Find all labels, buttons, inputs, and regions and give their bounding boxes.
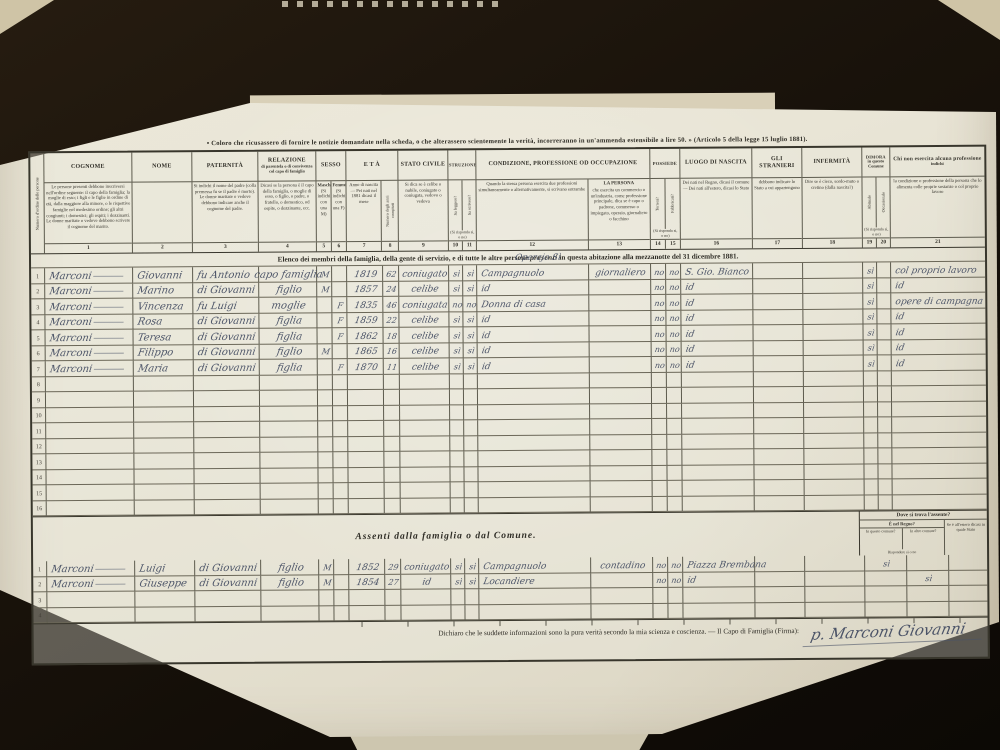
handwritten-entry: M [320, 284, 330, 296]
cell-relazione [260, 437, 318, 453]
cell-paternita: fu Luigi [193, 298, 259, 314]
cell-scrive [464, 389, 478, 405]
handwritten-entry: M [320, 269, 330, 281]
cell-stranieri [754, 340, 804, 356]
cell-q1 [865, 571, 907, 587]
cell-m [317, 297, 332, 313]
handwritten-entry: no [670, 575, 682, 587]
cell-anni [385, 590, 401, 606]
cell-q1 [865, 602, 907, 618]
handwritten-entry: 11 [386, 361, 398, 373]
col-header-numero: Numero d'ordine delle persone [30, 153, 45, 253]
cell-chi_non [893, 494, 987, 510]
cell-num: 2 [33, 577, 47, 593]
cell-condizione [478, 466, 590, 482]
cell-terreni [652, 434, 667, 450]
cell-f [333, 344, 348, 360]
cell-abituale [864, 448, 878, 464]
row-number: 7 [32, 364, 45, 376]
cell-condizione [478, 435, 590, 451]
cell-anni [384, 452, 400, 468]
cell-paternita [194, 375, 260, 391]
cell-fabbricati [667, 419, 682, 435]
handwritten-entry: 1852 [355, 561, 380, 573]
cell-f: F [333, 359, 348, 375]
cell-anni [384, 436, 400, 452]
cell-abituale [865, 479, 879, 495]
cell-cognome: Marconi [45, 283, 133, 299]
cell-occasionale [879, 495, 893, 511]
handwritten-entry: fu Luigi [196, 300, 237, 312]
cell-q2 [907, 555, 949, 571]
handwritten-entry: coniugato [401, 268, 448, 280]
cell-anni [385, 483, 401, 499]
cell-num: 2 [31, 284, 45, 300]
cell-f [334, 590, 349, 606]
cell-fabbricati: no [667, 357, 682, 373]
cell-fabbricati [667, 450, 682, 466]
cell-anno: 1852 [349, 559, 385, 575]
cell-stato [400, 436, 450, 452]
cell-paternita: di Giovanni [193, 282, 259, 298]
row-number: 5 [32, 333, 45, 345]
cell-chi_non [892, 417, 986, 433]
handwritten-entry: id [481, 330, 492, 342]
cell-nome: Giovanni [133, 267, 193, 283]
cell-condizione: id [477, 280, 589, 296]
cell-legge [450, 374, 464, 390]
handwritten-entry: sì [452, 283, 461, 295]
row-number: 13 [32, 457, 45, 469]
cell-infermita [805, 571, 865, 587]
cell-abituale: sì [863, 324, 877, 340]
handwritten-entry: fu Antonio [196, 269, 251, 281]
handwritten-entry: Marconi [49, 332, 125, 345]
photo-of-census-document: { "notice": "• Coloro che ricusassero di… [0, 0, 1000, 750]
cell-abituale [864, 417, 878, 433]
cell-cognome [46, 392, 134, 408]
cell-num: 7 [32, 361, 46, 377]
cell-relazione [260, 468, 318, 484]
handwritten-entry: F [337, 362, 345, 374]
col-header-chi-non-esercita: Chi non esercita alcuna professioneindic… [890, 147, 985, 248]
cell-infermita [804, 433, 864, 449]
cell-paternita [195, 591, 261, 607]
handwritten-entry: celibe [410, 330, 439, 342]
cell-abituale: sì [863, 309, 877, 325]
cell-luogo: S. Gio. Bianco [681, 263, 753, 279]
cell-legge [451, 482, 465, 498]
cell-stranieri [755, 602, 805, 618]
handwritten-entry: sì [453, 345, 462, 357]
cell-m [318, 437, 333, 453]
col-header-eta: E T À Anno di nascita — Pei nati nel 188… [346, 151, 399, 251]
handwritten-entry: Marconi [48, 317, 124, 330]
handwritten-entry: Vincenza [136, 301, 184, 313]
cell-num: 9 [32, 392, 46, 408]
handwritten-entry: no [451, 299, 463, 311]
handwritten-entry: moglie [271, 300, 307, 312]
handwritten-entry: Teresa [137, 332, 173, 344]
handwritten-entry: di Giovanni [198, 578, 258, 590]
cell-q2 [907, 601, 949, 617]
cell-legge [450, 420, 464, 436]
handwritten-entry: id [685, 344, 696, 356]
cell-stranieri [755, 495, 805, 511]
row-number: 1 [33, 564, 46, 576]
cell-stato [400, 389, 450, 405]
cell-cognome: Marconi [47, 561, 135, 577]
handwritten-entry: Locandiere [482, 576, 535, 588]
cell-scrive [464, 374, 478, 390]
cell-anni: 22 [383, 312, 399, 328]
col-header-relazione: RELAZIONEdi parentela o di convivenza co… [258, 151, 317, 251]
cell-num: 5 [32, 330, 46, 346]
cell-anni: 11 [384, 359, 400, 375]
cell-condizione: Donna di casa [477, 295, 589, 311]
cell-stato [400, 467, 450, 483]
handwritten-entry: no [654, 359, 666, 371]
cell-legge: sì [451, 574, 465, 590]
handwritten-entry: id [895, 358, 906, 370]
cell-anno [348, 421, 384, 437]
cell-nome: Marino [133, 283, 193, 299]
cell-scrive [465, 605, 479, 621]
cell-stranieri [754, 387, 804, 403]
cell-persona: giornaliero [589, 264, 651, 280]
cell-paternita [195, 606, 261, 622]
cell-anno [349, 498, 385, 514]
cell-cognome [47, 607, 135, 623]
cell-infermita [804, 418, 864, 434]
cell-f [334, 559, 349, 575]
handwritten-entry: giornaliero [594, 267, 646, 279]
handwritten-entry: no [670, 559, 682, 571]
cell-infermita [804, 356, 864, 372]
cell-condizione [478, 388, 590, 404]
row-number: 4 [31, 317, 44, 329]
col-header-luogo-nascita: LUOGO DI NASCITA Dei nati nel Regno, dic… [680, 148, 753, 249]
cell-legge: sì [449, 312, 463, 328]
cell-persona [591, 588, 653, 604]
cell-luogo: Piazza Brembana [683, 556, 755, 572]
cell-luogo: id [681, 310, 753, 326]
cell-chi_non [893, 479, 987, 495]
cell-infermita [805, 556, 865, 572]
handwritten-entry: coniugato [403, 561, 450, 573]
handwritten-entry: sì [867, 311, 876, 323]
cell-num: 15 [33, 485, 47, 501]
cell-condizione [479, 497, 591, 513]
handwritten-entry: no [654, 344, 666, 356]
handwritten-entry: 1862 [354, 330, 379, 342]
cell-scrive: no [463, 296, 477, 312]
cell-luogo [683, 603, 755, 619]
cell-cognome [46, 469, 134, 485]
handwritten-entry: sì [454, 576, 463, 588]
paper-edge-top-right [938, 0, 1000, 40]
cell-terreni: no [653, 572, 668, 588]
cell-luogo [682, 465, 754, 481]
cell-luogo: id [681, 325, 753, 341]
cell-occasionale [878, 386, 892, 402]
cell-m [319, 606, 334, 622]
cell-abituale: sì [863, 262, 877, 278]
cell-stranieri [753, 278, 803, 294]
cell-terreni: no [651, 264, 666, 280]
handwritten-entry: id [684, 282, 695, 294]
handwritten-entry: sì [452, 268, 461, 280]
handwritten-entry: id [684, 297, 695, 309]
handwritten-entry: 1819 [353, 268, 378, 280]
cell-m [318, 468, 333, 484]
table-header: Numero d'ordine delle persone COGNOME Le… [30, 147, 985, 255]
handwritten-entry: sì [866, 265, 875, 277]
declaration-text: Dichiaro che le suddette informazioni so… [438, 627, 799, 638]
handwritten-entry: di Giovanni [197, 362, 257, 374]
cell-terreni [653, 603, 668, 619]
col-header-stato-civile: STATO CIVILE Si dica se è celibe o nubil… [398, 150, 449, 250]
cell-nome: Maria [134, 360, 194, 376]
cell-m: M [319, 559, 334, 575]
cell-num: 4 [31, 315, 45, 331]
cell-legge [450, 436, 464, 452]
cell-stato [400, 405, 450, 421]
cell-num: 11 [32, 423, 46, 439]
cell-m [318, 390, 333, 406]
cell-f [333, 421, 348, 437]
cell-m [319, 483, 334, 499]
cell-condizione [478, 450, 590, 466]
cell-occasionale [878, 371, 892, 387]
cell-paternita: di Giovanni [193, 313, 259, 329]
cell-legge: sì [449, 281, 463, 297]
cell-persona [591, 496, 653, 512]
cell-legge: no [449, 296, 463, 312]
cell-luogo: id [682, 356, 754, 372]
cell-estero [949, 601, 987, 617]
handwritten-entry: Campagnuolo [480, 267, 545, 279]
cell-chi_non: opere di campagna [891, 293, 985, 309]
cell-anni [384, 405, 400, 421]
col-header-paternita: PATERNITÀ Si indichi il nome del padre (… [192, 152, 259, 252]
cell-f [333, 375, 348, 391]
cell-relazione: figlia [260, 359, 318, 375]
cell-estero [949, 586, 987, 602]
row-number: 8 [32, 379, 45, 391]
cell-infermita [805, 602, 865, 618]
cell-persona [590, 466, 652, 482]
cell-persona [589, 326, 651, 342]
handwritten-entry: coniugata [401, 299, 448, 311]
background-ticks [282, 1, 502, 7]
cell-abituale [865, 495, 879, 511]
cell-condizione: id [477, 311, 589, 327]
cell-legge: sì [449, 265, 463, 281]
cell-anno [349, 483, 385, 499]
dove-estero-header: Se è all'estero dicasi in quale Stato [945, 520, 987, 555]
cell-paternita [194, 422, 260, 438]
cell-fabbricati: no [666, 310, 681, 326]
cell-scrive [465, 498, 479, 514]
cell-scrive: sì [463, 265, 477, 281]
cell-scrive: sì [464, 358, 478, 374]
row-number: 2 [31, 286, 44, 298]
cell-terreni [653, 496, 668, 512]
cell-anno [348, 467, 384, 483]
cell-f [332, 282, 347, 298]
row-number: 4 [33, 610, 46, 622]
cell-num: 10 [32, 408, 46, 424]
cell-persona [590, 388, 652, 404]
cell-m [318, 375, 333, 391]
cell-luogo [683, 496, 755, 512]
cell-cognome: Marconi [45, 299, 133, 315]
cell-persona [589, 280, 651, 296]
cell-nome: Luigi [135, 560, 195, 576]
cell-fabbricati [668, 481, 683, 497]
handwritten-entry: sì [467, 314, 476, 326]
cell-legge: sì [449, 327, 463, 343]
cell-anno: 1854 [349, 574, 385, 590]
cell-cognome [47, 592, 135, 608]
handwritten-entry: opere di campagna [894, 295, 984, 308]
row-number: 3 [33, 595, 46, 607]
cell-fabbricati: no [666, 326, 681, 342]
handwritten-entry: di Giovanni [197, 331, 257, 343]
cell-relazione [260, 421, 318, 437]
cell-num: 12 [32, 439, 46, 455]
handwritten-entry: sì [453, 314, 462, 326]
cell-chi_non [892, 448, 986, 464]
handwritten-entry: no [669, 328, 681, 340]
handwritten-entry: id [685, 359, 696, 371]
cell-anni [384, 421, 400, 437]
cell-f [332, 266, 347, 282]
cell-fabbricati [667, 434, 682, 450]
handwritten-entry: Marconi [50, 563, 126, 576]
cell-stato [400, 374, 450, 390]
handwritten-entry: F [337, 315, 345, 327]
cell-infermita [804, 387, 864, 403]
col-header-dimora: DIMORAin questo Comune Abituale Occasion… [862, 147, 891, 247]
cell-stato: celibe [399, 312, 449, 328]
cell-fabbricati: no [667, 341, 682, 357]
cell-luogo [683, 587, 755, 603]
cell-stato: coniugato [401, 558, 451, 574]
cell-stato: celibe [400, 358, 450, 374]
cell-num: 3 [31, 299, 45, 315]
handwritten-entry: sì [453, 361, 462, 373]
handwritten-entry: contadino [599, 560, 646, 572]
cell-f [333, 406, 348, 422]
cell-terreni [653, 481, 668, 497]
cell-condizione [478, 404, 590, 420]
cell-num: 8 [32, 377, 46, 393]
cell-anno [349, 590, 385, 606]
handwritten-entry: 27 [388, 577, 400, 589]
cell-fabbricati [668, 496, 683, 512]
cell-nome [135, 607, 195, 623]
cell-q1 [865, 586, 907, 602]
cell-luogo [682, 449, 754, 465]
cell-luogo [682, 387, 754, 403]
cell-fabbricati [667, 465, 682, 481]
cell-paternita: di Giovanni [194, 360, 260, 376]
cell-chi_non: col proprio lavoro [891, 262, 985, 278]
cell-num: 4 [33, 608, 47, 624]
cell-relazione [260, 375, 318, 391]
handwritten-entry: no [668, 313, 680, 325]
cell-chi_non: id [891, 308, 985, 324]
handwritten-entry: sì [467, 361, 476, 373]
cell-f [333, 468, 348, 484]
cell-persona [590, 357, 652, 373]
cell-stranieri [754, 418, 804, 434]
cell-m: M [318, 344, 333, 360]
handwritten-entry: figlia [275, 331, 302, 343]
cell-f [333, 390, 348, 406]
handwritten-entry: Giuseppe [138, 578, 187, 590]
cell-infermita [804, 464, 864, 480]
cell-estero [949, 570, 987, 586]
handwritten-entry: 46 [386, 299, 398, 311]
cell-stranieri [754, 356, 804, 372]
cell-paternita [194, 437, 260, 453]
cell-stranieri [754, 371, 804, 387]
cell-m: M [317, 282, 332, 298]
assenti-band: Assenti dalla famiglia o dal Comune. Dov… [33, 510, 987, 562]
handwritten-entry: no [653, 266, 665, 278]
cell-scrive: sì [464, 343, 478, 359]
cell-abituale: sì [864, 340, 878, 356]
cell-anno [349, 605, 385, 621]
cell-infermita [804, 340, 864, 356]
cell-nome [134, 469, 194, 485]
cell-condizione: CampagnuoloOperajo Sì [477, 264, 589, 280]
cell-terreni: no [653, 557, 668, 573]
cell-fabbricati: no [666, 264, 681, 280]
cell-chi_non [892, 370, 986, 386]
cell-relazione [260, 406, 318, 422]
cell-luogo [682, 418, 754, 434]
cell-persona [591, 572, 653, 588]
handwritten-entry: no [668, 282, 680, 294]
cell-terreni: no [652, 357, 667, 373]
cell-paternita [194, 468, 260, 484]
handwritten-entry: no [654, 328, 666, 340]
col-header-possiede: POSSIEDE Terreni? Fabbricati? (Si rispon… [650, 149, 681, 249]
cell-stato [401, 605, 451, 621]
handwritten-entry: 1854 [355, 577, 380, 589]
cell-persona [590, 435, 652, 451]
cell-stranieri [754, 433, 804, 449]
cell-anni: 46 [383, 297, 399, 313]
cell-paternita [194, 406, 260, 422]
handwritten-entry: sì [882, 558, 891, 570]
handwritten-entry: id [421, 577, 432, 589]
cell-stranieri [754, 449, 804, 465]
dove-q2-header: In altro comune? [901, 528, 944, 549]
cell-abituale [864, 371, 878, 387]
cell-num: 1 [31, 268, 45, 284]
handwritten-entry: id [684, 313, 695, 325]
handwritten-entry: 1870 [354, 361, 379, 373]
cell-scrive: sì [465, 574, 479, 590]
presenti-rows: 1MarconiGiovannifu Antoniocapo famigliaM… [31, 262, 987, 517]
cell-anni [385, 498, 401, 514]
cell-legge [450, 451, 464, 467]
